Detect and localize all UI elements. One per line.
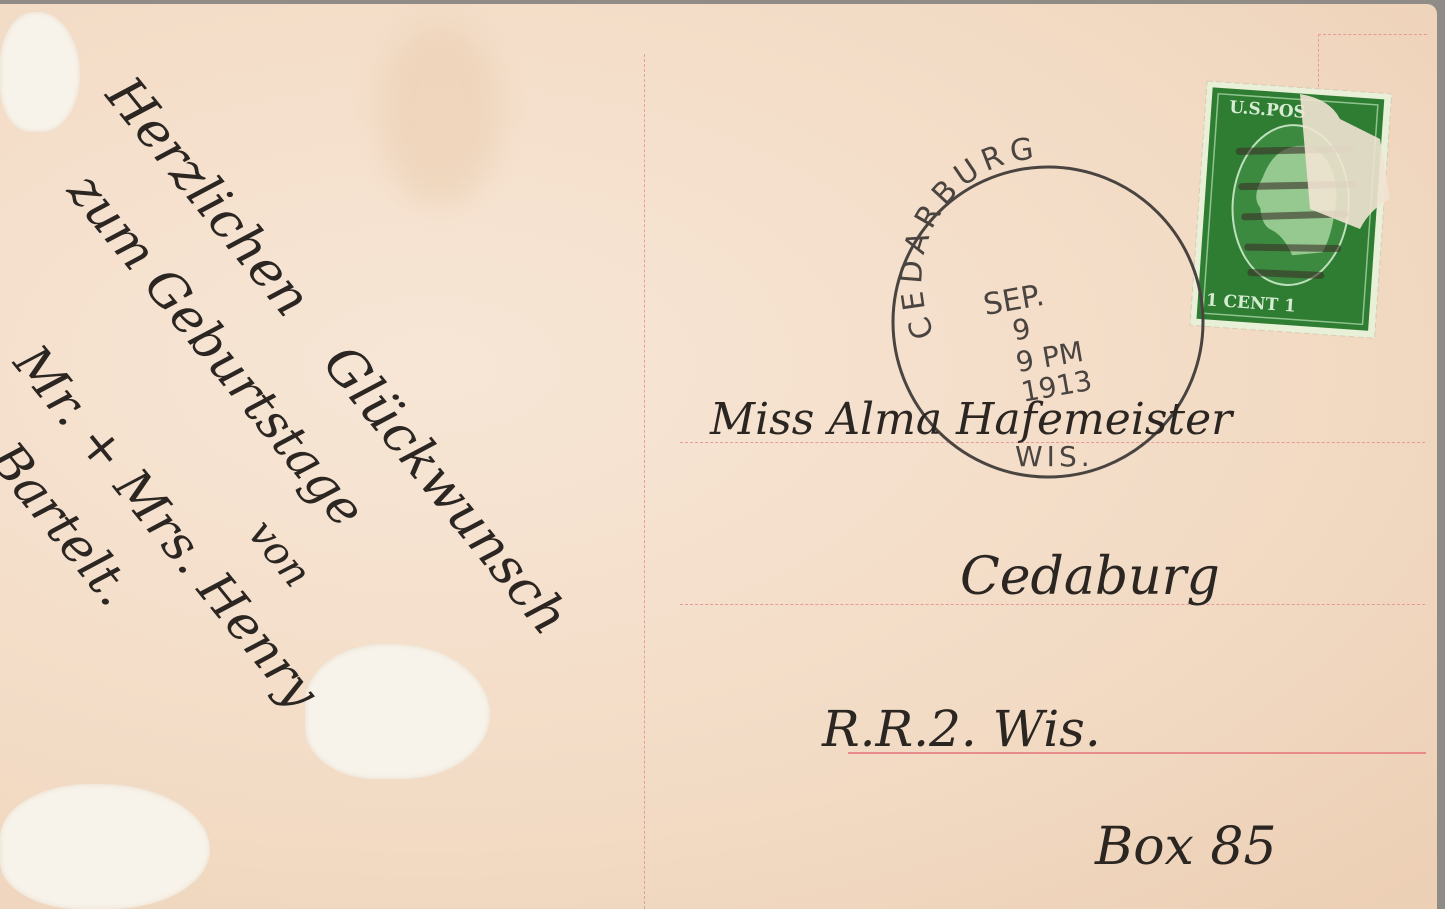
address-line-route: R.R.2. Wis. bbox=[821, 700, 1101, 758]
handwritten-message: Herzlichen Glückwunsch zum Geburtstage v… bbox=[0, 65, 580, 847]
address-line-box: Box 85 bbox=[1094, 817, 1277, 877]
postcard-artwork: U.S.POS 1 CENT 1 CEDARBURG SEP. 9 9 PM 1… bbox=[0, 4, 1437, 909]
postcard: U.S.POS 1 CENT 1 CEDARBURG SEP. 9 9 PM 1… bbox=[0, 4, 1437, 909]
postmark-day: 9 bbox=[1010, 312, 1033, 348]
address-line-city: Cedaburg bbox=[960, 547, 1220, 607]
address-line-name: Miss Alma Hafemeister bbox=[709, 394, 1235, 445]
message-line-4: von bbox=[239, 511, 320, 596]
